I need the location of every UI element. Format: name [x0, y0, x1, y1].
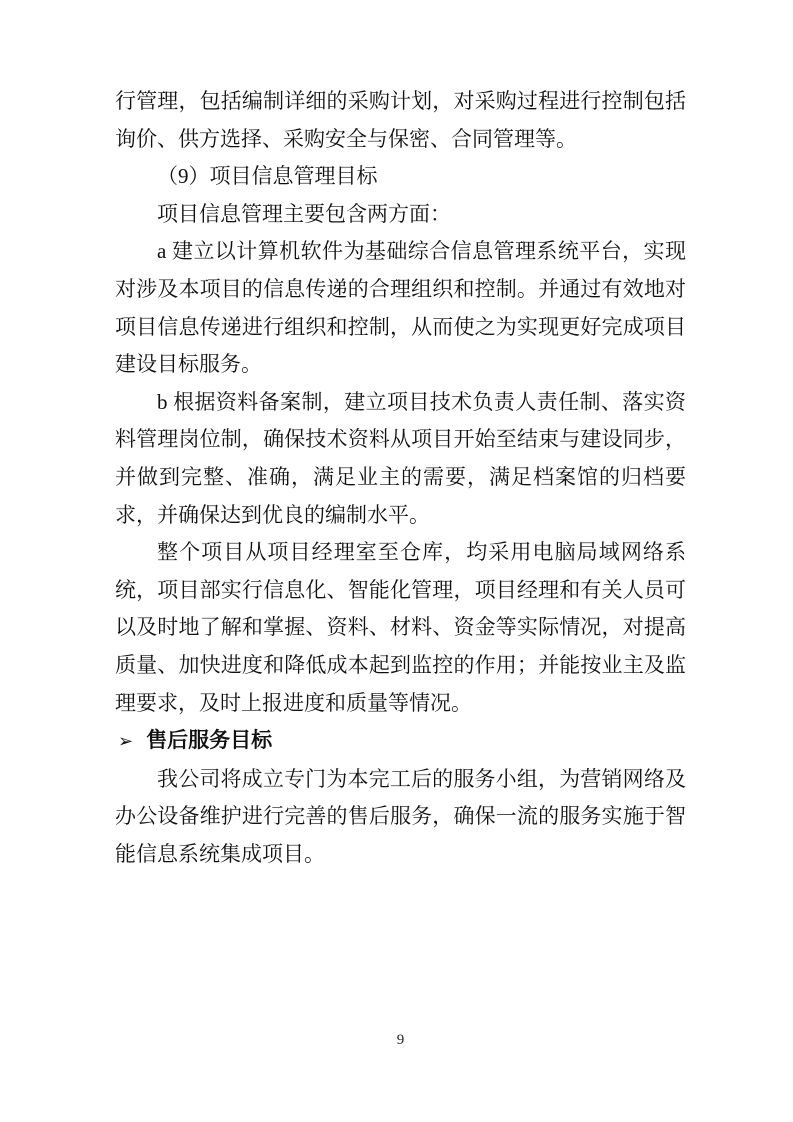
arrow-bullet-icon: ➢ — [118, 723, 133, 761]
document-page: 行管理，包括编制详细的采购计划，对采购过程进行控制包括询价、供方选择、采购安全与… — [0, 0, 793, 1122]
paragraph: 我公司将成立专门为本完工后的服务小组，为营销网络及办公设备维护进行完善的售后服务… — [115, 761, 686, 874]
paragraph: b 根据资料备案制，建立项目技术负责人责任制、落实资料管理岗位制，确保技术资料从… — [115, 384, 686, 534]
paragraph: 项目信息管理主要包含两方面： — [115, 196, 686, 234]
section-heading-label: 售后服务目标 — [146, 722, 272, 760]
page-footer: 9 — [115, 1030, 686, 1050]
paragraph: 整个项目从项目经理室至仓库，均采用电脑局域网络系统，项目部实行信息化、智能化管理… — [115, 534, 686, 722]
paragraph: （9）项目信息管理目标 — [115, 158, 686, 196]
page-number: 9 — [397, 1032, 405, 1048]
paragraph: a 建立以计算机软件为基础综合信息管理系统平台，实现对涉及本项目的信息传递的合理… — [115, 233, 686, 383]
paragraph: 行管理，包括编制详细的采购计划，对采购过程进行控制包括询价、供方选择、采购安全与… — [115, 83, 686, 158]
section-heading: ➢售后服务目标 — [118, 722, 686, 761]
document-body: 行管理，包括编制详细的采购计划，对采购过程进行控制包括询价、供方选择、采购安全与… — [115, 83, 686, 873]
